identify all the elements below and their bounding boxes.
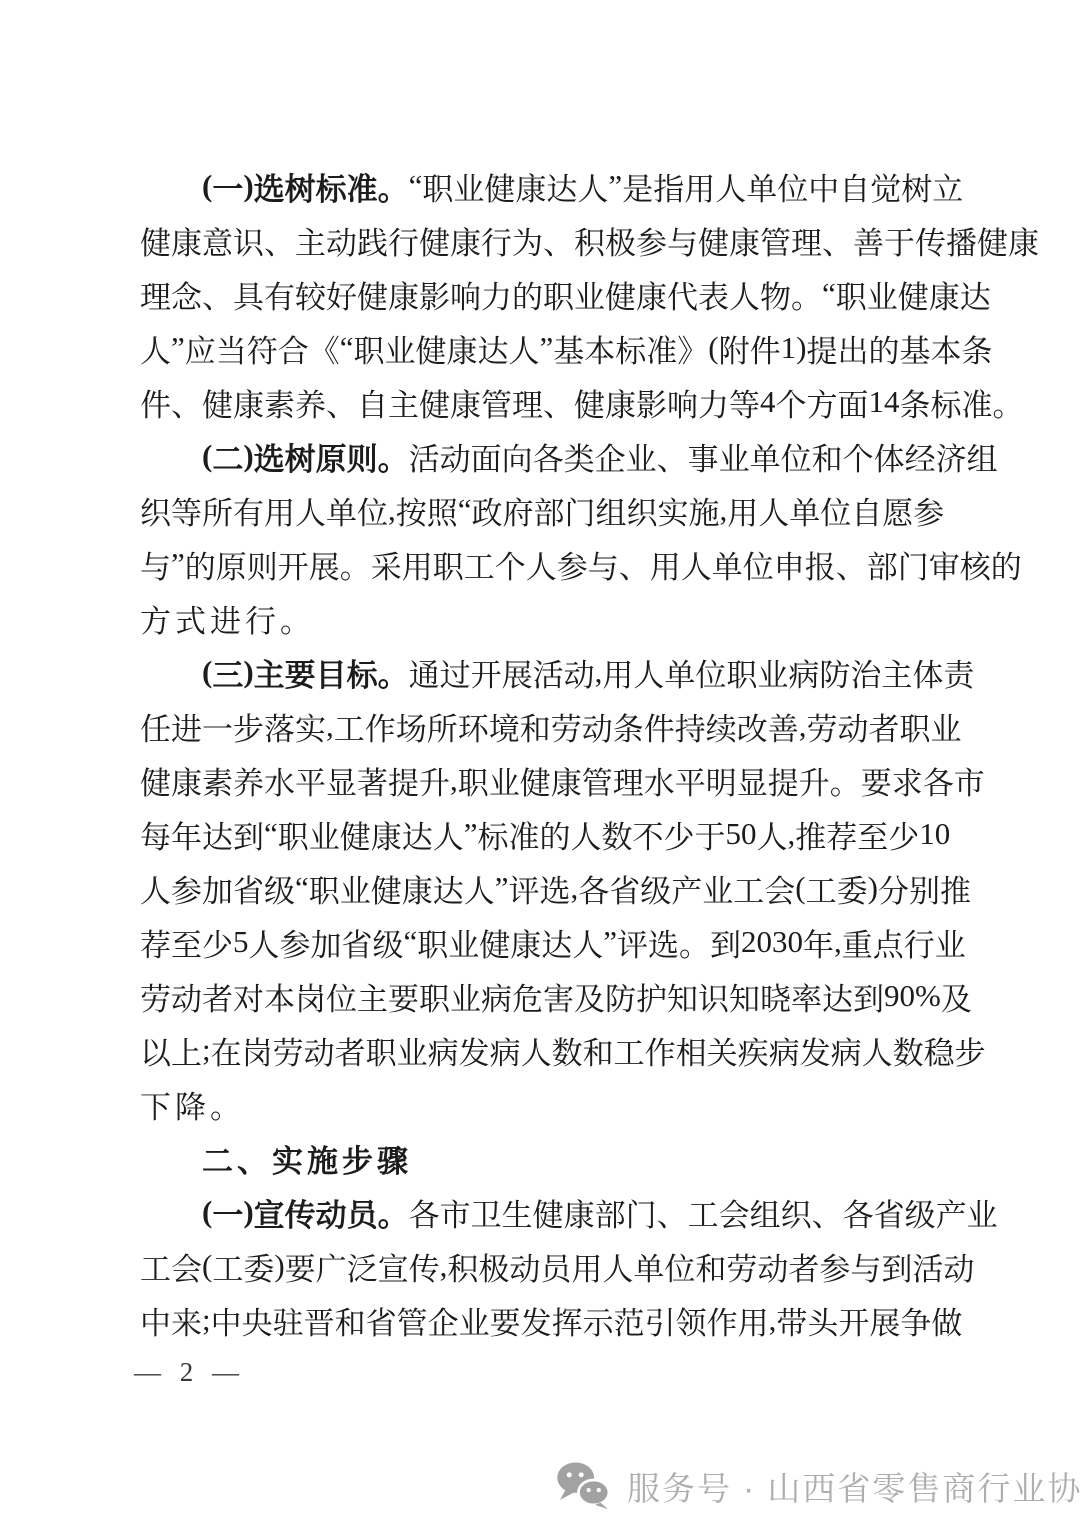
section-heading: 二、实施步骤 [140,1131,940,1185]
text-line: 中来;中央驻晋和省管企业要发挥示范引领作用,带头开展争做 [140,1293,940,1347]
text-line: 人参加省级“职业健康达人”评选,各省级产业工会(工委)分别推 [140,861,940,915]
text-line: 件、健康素养、自主健康管理、健康影响力等4个方面14条标准。 [140,375,940,429]
footer-watermark: 服务号 · 山西省零售商行业协会 [556,1460,1080,1512]
wechat-icon [556,1462,612,1510]
text-line: (三)主要目标。通过开展活动,用人单位职业病防治主体责 [140,645,940,699]
text-line: (一)选树标准。“职业健康达人”是指用人单位中自觉树立 [140,159,940,213]
text-line: 以上;在岗劳动者职业病发病人数和工作相关疾病发病人数稳步 [140,1023,940,1077]
text-line: 理念、具有较好健康影响力的职业健康代表人物。“职业健康达 [140,267,940,321]
text-line: (一)宣传动员。各市卫生健康部门、工会组织、各省级产业 [140,1185,940,1239]
page: { "page": { "background": "#ffffff", "te… [0,0,1080,1528]
page-number: — 2 — [134,1352,245,1392]
text-line: 与”的原则开展。采用职工个人参与、用人单位申报、部门审核的 [140,537,940,591]
text-line: 健康素养水平显著提升,职业健康管理水平明显提升。要求各市 [140,753,940,807]
text-line: 健康意识、主动践行健康行为、积极参与健康管理、善于传播健康 [140,213,940,267]
text-line: 人”应当符合《“职业健康达人”基本标准》(附件1)提出的基本条 [140,321,940,375]
document-body: (一)选树标准。“职业健康达人”是指用人单位中自觉树立健康意识、主动践行健康行为… [140,159,940,1347]
text-line: 劳动者对本岗位主要职业病危害及防护知识知晓率达到90%及 [140,969,940,1023]
text-line: 工会(工委)要广泛宣传,积极动员用人单位和劳动者参与到活动 [140,1239,940,1293]
text-line: 每年达到“职业健康达人”标准的人数不少于50人,推荐至少10 [140,807,940,861]
text-line: (二)选树原则。活动面向各类企业、事业单位和个体经济组 [140,429,940,483]
watermark-text: 服务号 · 山西省零售商行业协会 [627,1463,1080,1510]
text-line: 下降。 [140,1077,940,1131]
text-line: 任进一步落实,工作场所环境和劳动条件持续改善,劳动者职业 [140,699,940,753]
text-line: 荐至少5人参加省级“职业健康达人”评选。到2030年,重点行业 [140,915,940,969]
text-line: 方式进行。 [140,591,940,645]
text-line: 织等所有用人单位,按照“政府部门组织实施,用人单位自愿参 [140,483,940,537]
